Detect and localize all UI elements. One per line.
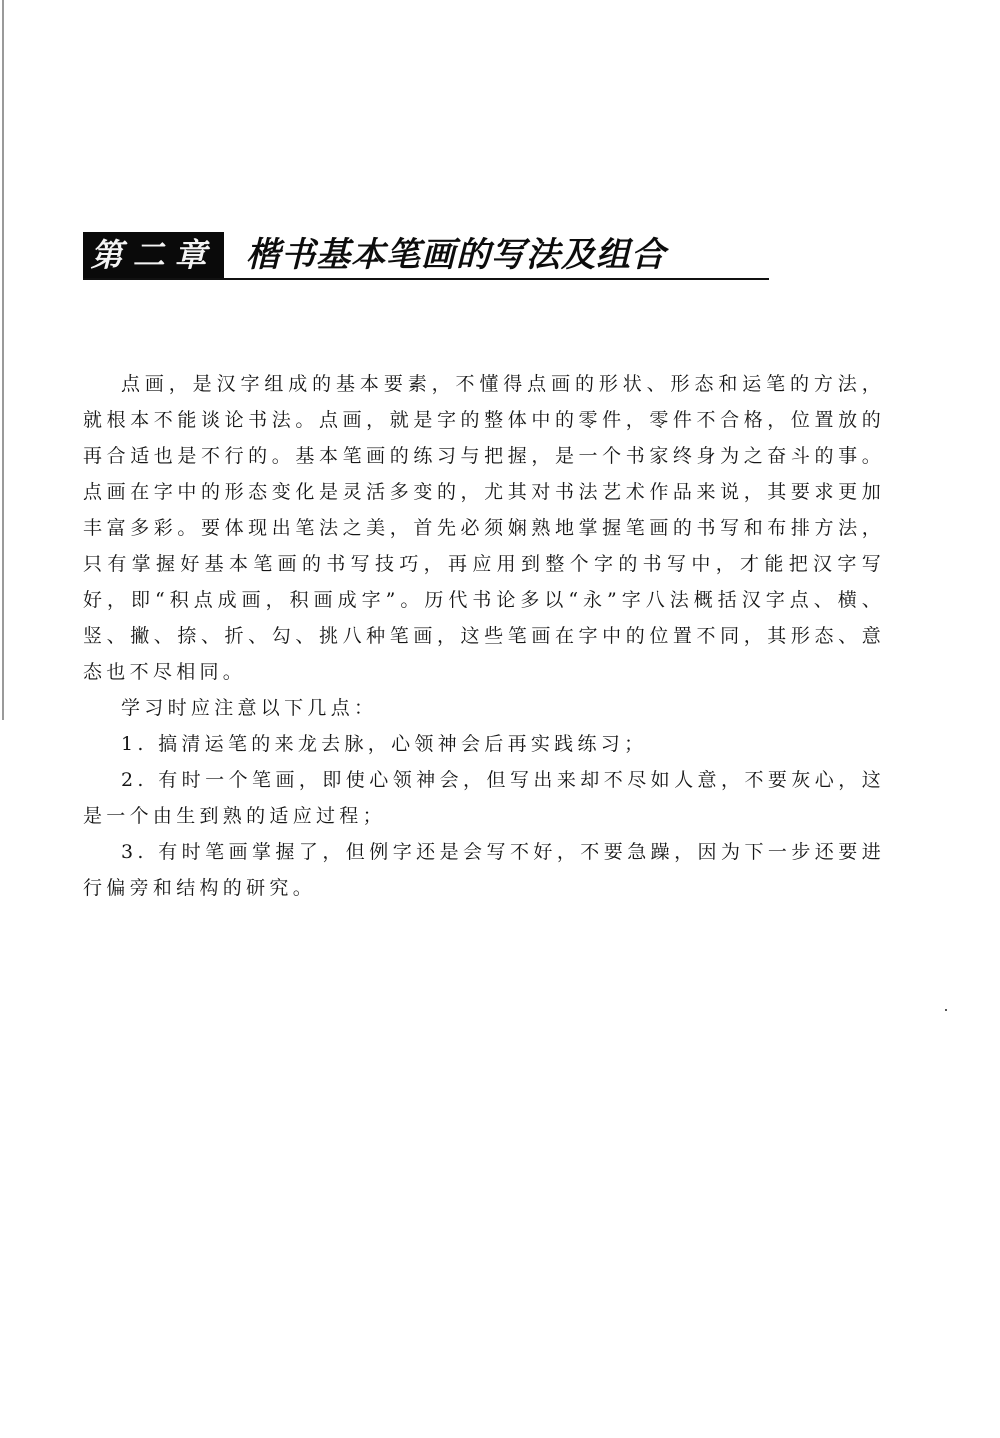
study-notes-lead: 学习时应注意以下几点： (83, 690, 885, 726)
chapter-header: 第二章 楷书基本笔画的写法及组合 (83, 232, 769, 280)
chapter-body: 点画，是汉字组成的基本要素，不懂得点画的形状、形态和运笔的方法，就根本不能谈论书… (83, 366, 885, 906)
chapter-number-badge: 第二章 (83, 232, 224, 278)
chapter-title: 楷书基本笔画的写法及组合 (246, 232, 666, 278)
study-note-item-3: 3. 有时笔画掌握了，但例字还是会写不好，不要急躁，因为下一步还要进行偏旁和结构… (83, 834, 885, 906)
scan-noise-speck (945, 1009, 947, 1011)
scan-edge-line (2, 0, 4, 720)
intro-paragraph: 点画，是汉字组成的基本要素，不懂得点画的形状、形态和运笔的方法，就根本不能谈论书… (83, 366, 885, 690)
study-note-item-2: 2. 有时一个笔画，即使心领神会，但写出来却不尽如人意，不要灰心，这是一个由生到… (83, 762, 885, 834)
study-note-item-1: 1. 搞清运笔的来龙去脉，心领神会后再实践练习； (83, 726, 885, 762)
